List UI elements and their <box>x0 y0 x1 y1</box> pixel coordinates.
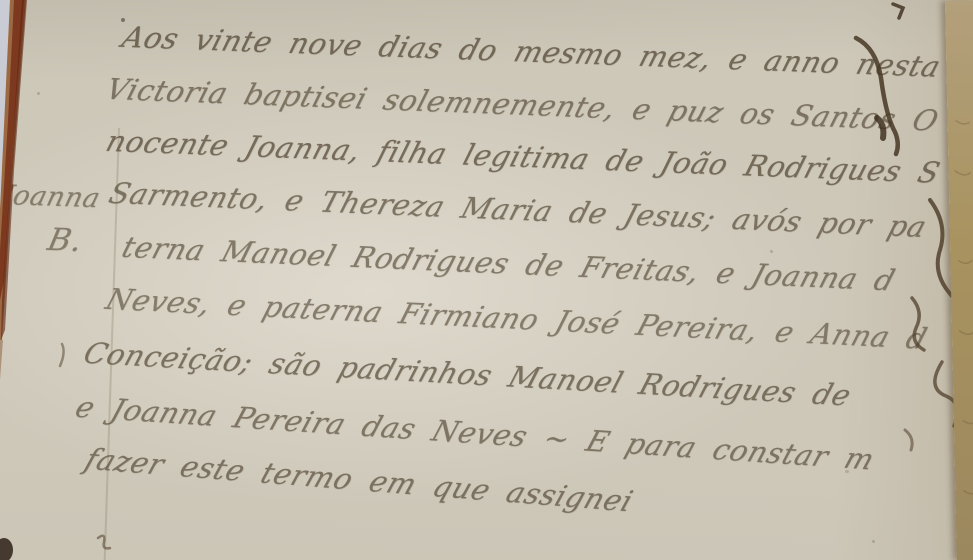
paper-speck <box>770 250 773 253</box>
paper-speck <box>37 92 40 95</box>
paper-speck <box>845 470 849 473</box>
margin-note-name: Joanna <box>0 180 104 214</box>
manuscript-page: Joanna B. Aos vinte nove dias do mesmo m… <box>0 0 973 560</box>
manuscript-line-1: Aos vinte nove dias do mesmo mez, e anno… <box>118 20 973 86</box>
paper-speck <box>872 540 875 543</box>
paper-speck <box>121 18 125 22</box>
scanned-manuscript-image: Joanna B. Aos vinte nove dias do mesmo m… <box>0 0 973 560</box>
margin-note-initial: B. <box>44 222 85 259</box>
